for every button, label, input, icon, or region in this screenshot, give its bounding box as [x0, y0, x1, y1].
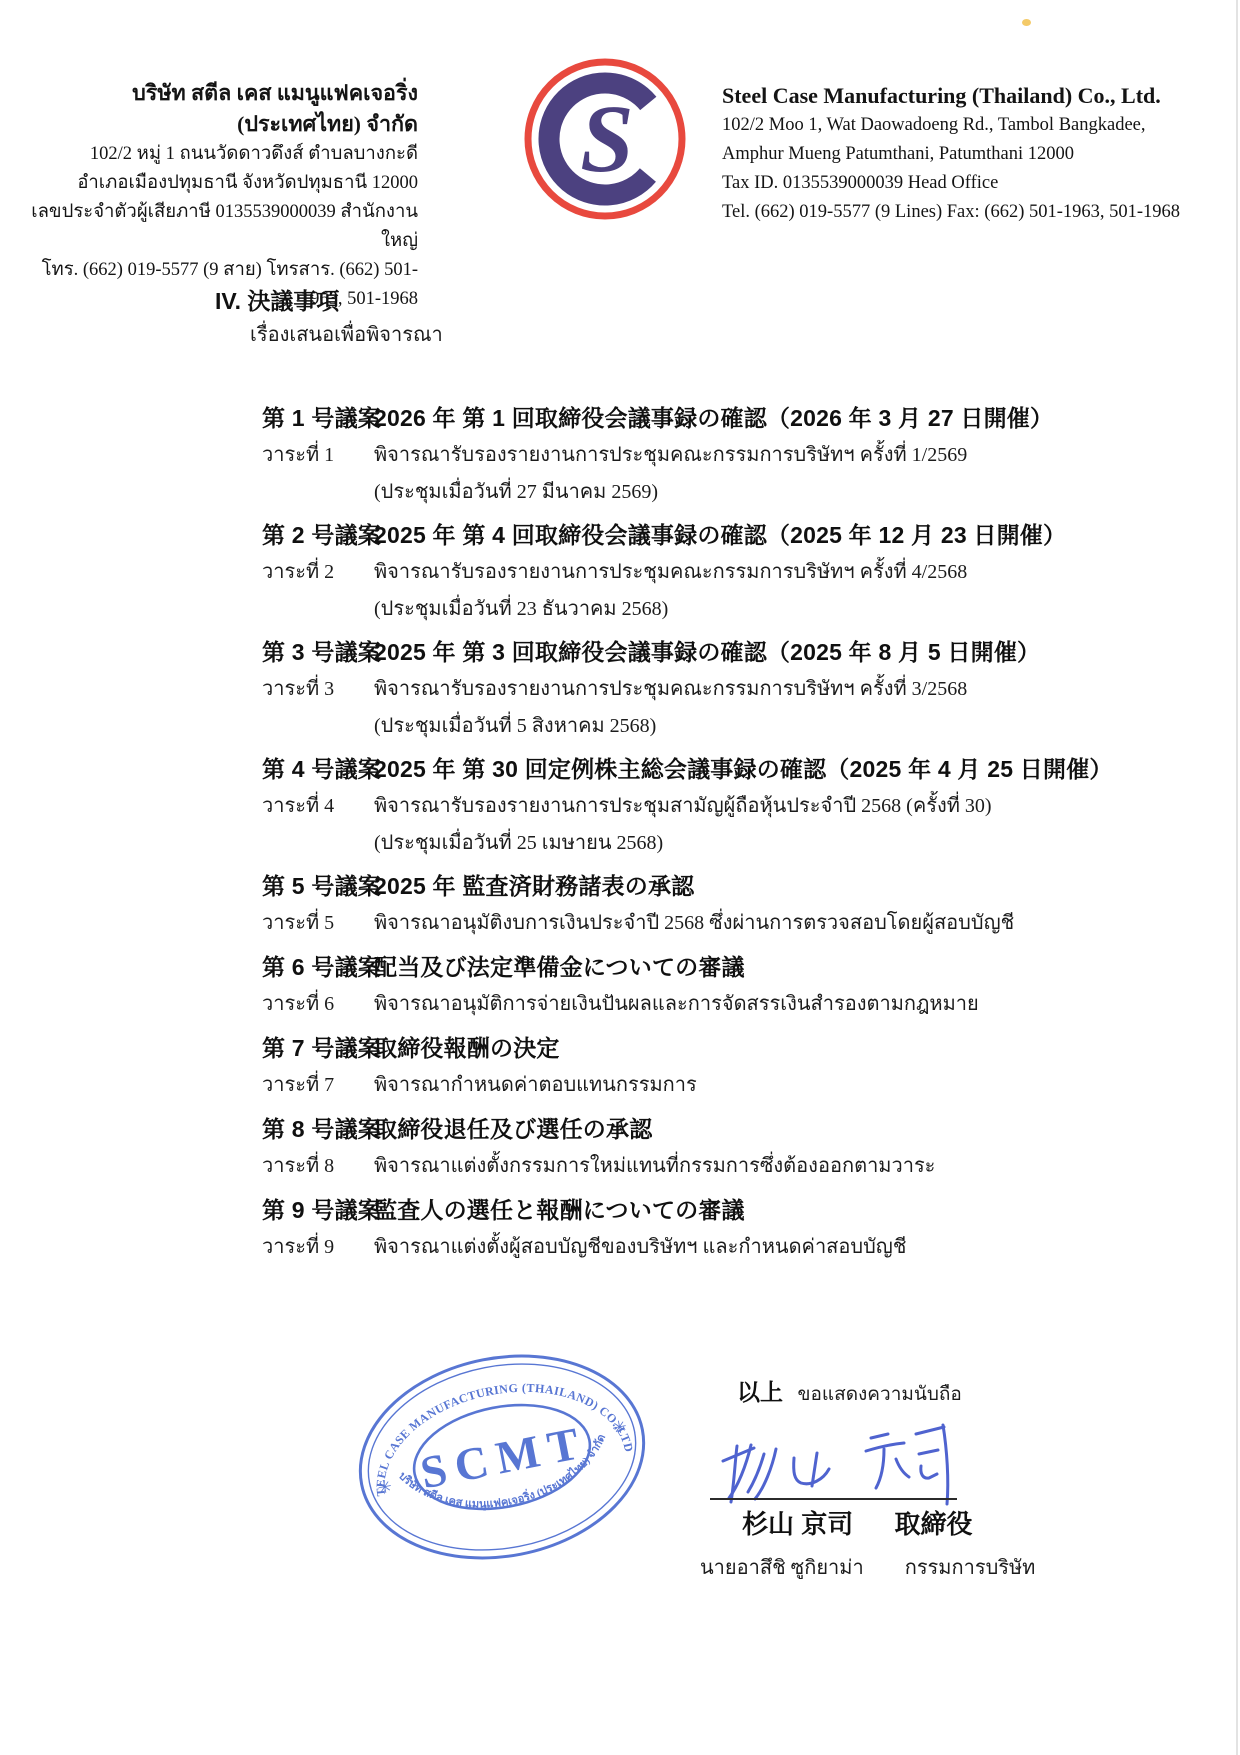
company-logo: S — [523, 57, 687, 221]
agenda-title-jp: 2025 年 第 4 回取締役会議事録の確認（2025 年 12 月 23 日開… — [374, 517, 1162, 555]
agenda-desc-th: พิจารณาแต่งตั้งผู้สอบบัญชีของบริษัทฯ และ… — [374, 1230, 1162, 1267]
stamp-star-right-icon: ✳ — [611, 1417, 629, 1438]
agenda-no-jp: 第 2 号議案 — [262, 517, 374, 555]
agenda-item-4: 第 4 号議案 2025 年 第 30 回定例株主総会議事録の確認（2025 年… — [262, 751, 1162, 862]
company-address2-english: Amphur Mueng Patumthani, Patumthani 1200… — [722, 140, 1222, 169]
agenda-no-jp: 第 8 号議案 — [262, 1111, 374, 1149]
agenda-item-1: 第 1 号議案 2026 年 第 1 回取締役会議事録の確認（2026 年 3 … — [262, 400, 1162, 511]
section-title-jp: 決議事項 — [247, 288, 339, 314]
agenda-date-th: (ประชุมเมื่อวันที่ 23 ธันวาคม 2568) — [374, 592, 1162, 628]
agenda-item-7: 第 7 号議案 取締役報酬の決定 วาระที่ 7 พิจารณากำหนดค… — [262, 1030, 1162, 1105]
signer-name-jp: 杉山 京司 — [742, 1509, 853, 1539]
agenda-title-jp: 監査人の選任と報酬についての審議 — [374, 1192, 1162, 1230]
scan-edge-line — [1236, 0, 1238, 1755]
agenda-title-jp: 2025 年 監査済財務諸表の承認 — [374, 868, 1162, 906]
agenda-no-th: วาระที่ 3 — [262, 672, 374, 709]
agenda-desc-th: พิจารณารับรองรายงานการประชุมคณะกรรมการบร… — [374, 672, 1162, 709]
stamp-star-left-icon: ✳ — [376, 1477, 394, 1498]
agenda-title-jp: 2026 年 第 1 回取締役会議事録の確認（2026 年 3 月 27 日開催… — [374, 400, 1162, 438]
company-stamp-icon: STEEL CASE MANUFACTURING (THAILAND) CO.,… — [335, 1325, 670, 1588]
company-stamp: STEEL CASE MANUFACTURING (THAILAND) CO.,… — [335, 1325, 670, 1588]
company-header-english: Steel Case Manufacturing (Thailand) Co.,… — [722, 80, 1222, 227]
company-name-english: Steel Case Manufacturing (Thailand) Co.,… — [722, 80, 1222, 111]
signer-name-th: นายอาสึชิ ซูกิยาม่า — [700, 1557, 864, 1579]
agenda-desc-th: พิจารณารับรองรายงานการประชุมคณะกรรมการบร… — [374, 438, 1162, 475]
company-address2-thai: อำเภอเมืองปทุมธานี จังหวัดปทุมธานี 12000 — [28, 169, 418, 198]
agenda-no-th: วาระที่ 6 — [262, 987, 374, 1024]
agenda-item-6: 第 6 号議案 配当及び法定準備金についての審議 วาระที่ 6 พิจาร… — [262, 949, 1162, 1024]
section-heading: IV. 決議事項 — [215, 283, 339, 316]
signer-name-jp-line: 杉山 京司 取締役 — [742, 1504, 972, 1541]
agenda-desc-th: พิจารณากำหนดค่าตอบแทนกรรมการ — [374, 1068, 1162, 1105]
signer-title-th: กรรมการบริษัท — [905, 1557, 1036, 1579]
section-subtitle-thai: เรื่องเสนอเพื่อพิจารณา — [250, 318, 443, 350]
agenda-no-th: วาระที่ 2 — [262, 555, 374, 592]
agenda-title-jp: 取締役報酬の決定 — [374, 1030, 1162, 1068]
signature — [690, 1398, 1030, 1510]
cs-logo-icon: S — [523, 57, 687, 221]
agenda-item-2: 第 2 号議案 2025 年 第 4 回取締役会議事録の確認（2025 年 12… — [262, 517, 1162, 628]
agenda-title-jp: 取締役退任及び選任の承認 — [374, 1111, 1162, 1149]
company-address1-english: 102/2 Moo 1, Wat Daowadoeng Rd., Tambol … — [722, 111, 1222, 140]
agenda-no-th: วาระที่ 4 — [262, 789, 374, 826]
signer-name-th-line: นายอาสึชิ ซูกิยาม่า กรรมการบริษัท — [700, 1551, 1035, 1583]
agenda-title-jp: 配当及び法定準備金についての審議 — [374, 949, 1162, 987]
agenda-no-jp: 第 9 号議案 — [262, 1192, 374, 1230]
agenda-no-th: วาระที่ 7 — [262, 1068, 374, 1105]
agenda-list: 第 1 号議案 2026 年 第 1 回取締役会議事録の確認（2026 年 3 … — [262, 400, 1162, 1273]
signer-title-jp: 取締役 — [894, 1509, 972, 1539]
agenda-date-th: (ประชุมเมื่อวันที่ 5 สิงหาคม 2568) — [374, 709, 1162, 745]
agenda-desc-th: พิจารณารับรองรายงานการประชุมคณะกรรมการบร… — [374, 555, 1162, 592]
agenda-title-jp: 2025 年 第 30 回定例株主総会議事録の確認（2025 年 4 月 25 … — [374, 751, 1162, 789]
document-page: บริษัท สตีล เคส แมนูแฟคเจอริ่ง (ประเทศไท… — [0, 0, 1240, 1755]
agenda-no-jp: 第 5 号議案 — [262, 868, 374, 906]
company-taxid-english: Tax ID. 0135539000039 Head Office — [722, 169, 1222, 198]
agenda-no-jp: 第 4 号議案 — [262, 751, 374, 789]
agenda-desc-th: พิจารณารับรองรายงานการประชุมสามัญผู้ถือห… — [374, 789, 1162, 826]
signature-ink-icon — [690, 1398, 1030, 1510]
agenda-title-jp: 2025 年 第 3 回取締役会議事録の確認（2025 年 8 月 5 日開催） — [374, 634, 1162, 672]
company-header-thai: บริษัท สตีล เคส แมนูแฟคเจอริ่ง (ประเทศไท… — [28, 78, 418, 314]
agenda-item-9: 第 9 号議案 監査人の選任と報酬についての審議 วาระที่ 9 พิจาร… — [262, 1192, 1162, 1267]
agenda-desc-th: พิจารณาอนุมัติงบการเงินประจำปี 2568 ซึ่ง… — [374, 906, 1162, 943]
agenda-item-5: 第 5 号議案 2025 年 監査済財務諸表の承認 วาระที่ 5 พิจา… — [262, 868, 1162, 943]
agenda-date-th: (ประชุมเมื่อวันที่ 25 เมษายน 2568) — [374, 826, 1162, 862]
agenda-no-jp: 第 3 号議案 — [262, 634, 374, 672]
agenda-no-th: วาระที่ 5 — [262, 906, 374, 943]
agenda-date-th: (ประชุมเมื่อวันที่ 27 มีนาคม 2569) — [374, 475, 1162, 511]
agenda-no-th: วาระที่ 1 — [262, 438, 374, 475]
agenda-no-jp: 第 6 号議案 — [262, 949, 374, 987]
agenda-no-th: วาระที่ 8 — [262, 1149, 374, 1186]
section-number: IV. — [215, 288, 241, 314]
logo-letter: S — [580, 85, 633, 192]
signature-underline — [710, 1498, 957, 1500]
scan-artifact-dot — [1022, 19, 1031, 26]
company-name-thai: บริษัท สตีล เคส แมนูแฟคเจอริ่ง (ประเทศไท… — [28, 78, 418, 140]
company-phone-english: Tel. (662) 019-5577 (9 Lines) Fax: (662)… — [722, 198, 1222, 227]
agenda-no-jp: 第 7 号議案 — [262, 1030, 374, 1068]
agenda-item-8: 第 8 号議案 取締役退任及び選任の承認 วาระที่ 8 พิจารณาแต… — [262, 1111, 1162, 1186]
agenda-desc-th: พิจารณาอนุมัติการจ่ายเงินปันผลและการจัดส… — [374, 987, 1162, 1024]
agenda-desc-th: พิจารณาแต่งตั้งกรรมการใหม่แทนที่กรรมการซ… — [374, 1149, 1162, 1186]
agenda-no-th: วาระที่ 9 — [262, 1230, 374, 1267]
company-address1-thai: 102/2 หมู่ 1 ถนนวัดดาวดึงส์ ตำบลบางกะดี — [28, 140, 418, 169]
company-taxid-thai: เลขประจำตัวผู้เสียภาษี 0135539000039 สำน… — [28, 198, 418, 256]
agenda-no-jp: 第 1 号議案 — [262, 400, 374, 438]
agenda-item-3: 第 3 号議案 2025 年 第 3 回取締役会議事録の確認（2025 年 8 … — [262, 634, 1162, 745]
